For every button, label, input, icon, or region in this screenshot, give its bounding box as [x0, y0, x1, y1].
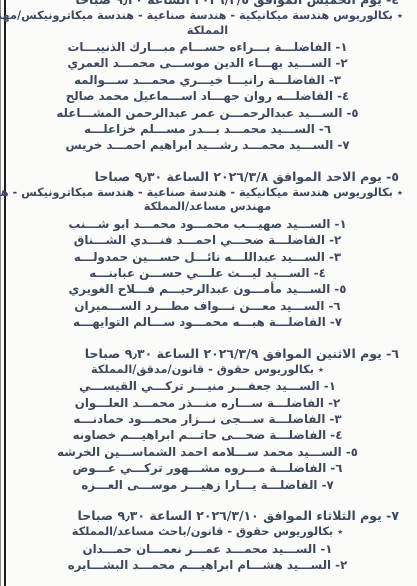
- candidate-name: ١- الســـيد صهيـــب محمـــود محمـــد ابو…: [12, 216, 403, 232]
- candidate-name: ٤- الفاضلـــة ضحـــى حاتـــم ابراهيـــم …: [12, 427, 403, 443]
- candidate-name: ١- الســـيد محمـــد عمـــر نعمـــان حمــ…: [12, 541, 403, 557]
- candidate-list: ١- الســـيد صهيـــب محمـــود محمـــد ابو…: [12, 216, 403, 331]
- candidate-name: ٢- الســـيد هشـــام ابراهيـــم محمـــد ا…: [12, 557, 403, 573]
- candidate-name: ٤- الســـيد ليـــث علـــي حســـن عبابنــ…: [12, 265, 403, 281]
- candidate-name: ٦- الســـيد محمـــد بـــدر مســـلم خزاعل…: [12, 121, 403, 137]
- candidate-name: ٤- الفاضلـــه روان جهـــاد اســـماعيل مح…: [12, 88, 403, 104]
- candidate-list: ١- الســـيد محمـــد عمـــر نعمـــان حمــ…: [12, 541, 403, 574]
- qualification-line: ٭ بكالوريوس حقوق - قانون/باحث مساعد/المم…: [12, 525, 403, 539]
- candidate-name: ٦- الفاضلـــة مـــروه مشـــهور تركـــي ع…: [12, 460, 403, 476]
- qualification-line: ٭ بكالوريوس حقوق - قانون/مدقق/المملكة: [12, 363, 403, 377]
- candidate-name: ٥- الســـيد محمد ســـلامه احمد الشماســـ…: [12, 444, 403, 460]
- candidate-name: ٣- الفاضلـــة ســـجى نـــزار محمـــود حم…: [12, 411, 403, 427]
- candidate-name: ١- الســـيد جعفـــر منيـــر تركـــي القي…: [12, 378, 403, 394]
- qualification-line-continued: المملكة: [12, 24, 403, 38]
- candidate-name: ٧- الفاضلـــة هبـــه محمـــود ســـالم ال…: [12, 314, 403, 330]
- candidate-list: ١- الســـيد جعفـــر منيـــر تركـــي القي…: [12, 378, 403, 493]
- day-header: ٧- يوم الثلاثاء الموافق ٢٠٢٦/٣/١٠ الساعة…: [12, 508, 403, 524]
- candidate-name: ٧- الفاضلـــة يـــارا زهيـــر موســـى ال…: [12, 477, 403, 493]
- qualification-line-continued: مهندس مساعد/المملكة: [12, 200, 403, 214]
- schedule-section-tuesday: ٧- يوم الثلاثاء الموافق ٢٠٢٦/٣/١٠ الساعة…: [12, 508, 403, 573]
- candidate-name: ٧- الســـيد محمـــد رشـــيد ابراهيم احمـ…: [12, 137, 403, 153]
- candidate-name: ٥- الســـيد مأمـــون عبدالرحيـــم فـــلا…: [12, 281, 403, 297]
- candidate-name: ٢- الفاضلـــة ســـاره منـــذر محمـــد ال…: [12, 395, 403, 411]
- schedule-section-monday: ٦- يوم الاثنين الموافق ٢٠٢٦/٣/٩ الساعة ٩…: [12, 346, 403, 493]
- qualification-line: ٭ بكالوريوس هندسة ميكانيكية - هندسة صناع…: [12, 186, 403, 200]
- schedule-content: ٤- يوم الخميس الموافق ٢٠٢٦/٣/٥ الساعة ٩٫…: [0, 0, 417, 573]
- day-header: ٥- يوم الاحد الموافق ٢٠٢٦/٣/٨ الساعة ٩٫٣…: [12, 169, 403, 185]
- day-header: ٦- يوم الاثنين الموافق ٢٠٢٦/٣/٩ الساعة ٩…: [12, 346, 403, 362]
- schedule-section-thursday: ٤- يوم الخميس الموافق ٢٠٢٦/٣/٥ الساعة ٩٫…: [12, 0, 403, 154]
- day-header: ٤- يوم الخميس الموافق ٢٠٢٦/٣/٥ الساعة ٩٫…: [12, 0, 403, 8]
- candidate-name: ٦- الســـيد معـــن نـــواف مطـــرد الســ…: [12, 298, 403, 314]
- candidate-name: ٣- الســـيد عبداللـــه نائـــل حســـين ح…: [12, 249, 403, 265]
- document-page: ٤- يوم الخميس الموافق ٢٠٢٦/٣/٥ الساعة ٩٫…: [0, 0, 417, 586]
- candidate-name: ٣- الفاضلـــة رانيـــا خيـــري محمـــد س…: [12, 72, 403, 88]
- candidate-name: ٥- الســـيد عبدالرحمـــن عمر عبدالرحمن ا…: [12, 105, 403, 121]
- qualification-line: ٭ بكالوريوس هندسة ميكانيكية - هندسة صناع…: [12, 9, 403, 23]
- candidate-name: ٢- الفاضلـــة ضحـــي احمـــد فنـــدي الش…: [12, 232, 403, 248]
- candidate-list: ١- الفاضلـــة بـــراءه حســـام مبـــارك …: [12, 39, 403, 154]
- candidate-name: ٢- الســـيد بهـــاء الدين موســـى محمـــ…: [12, 55, 403, 71]
- candidate-name: ١- الفاضلـــة بـــراءه حســـام مبـــارك …: [12, 39, 403, 55]
- schedule-section-sunday: ٥- يوم الاحد الموافق ٢٠٢٦/٣/٨ الساعة ٩٫٣…: [12, 169, 403, 331]
